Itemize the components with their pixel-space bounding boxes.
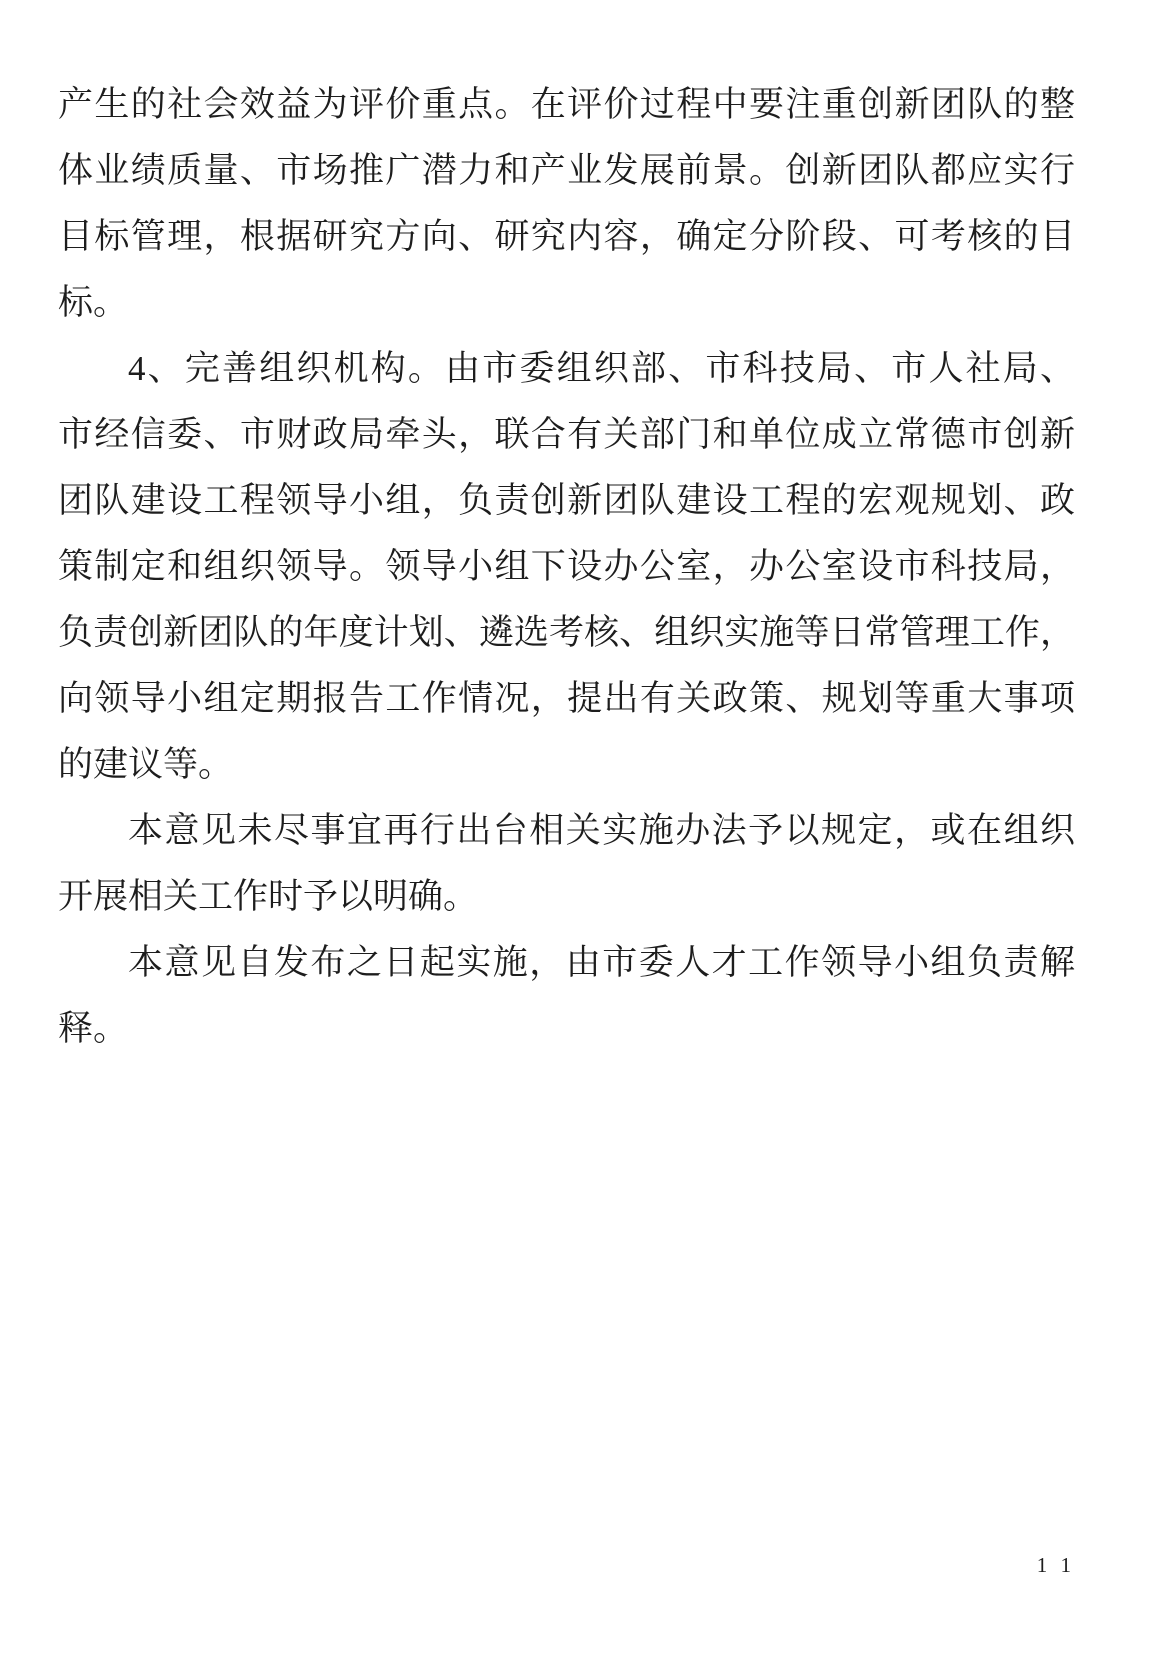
text-line: 市经信委、市财政局牵头，联合有关部门和单位成立常德市创新 xyxy=(58,402,1075,468)
text-line: 4、完善组织机构。由市委组织部、市科技局、市人社局、 xyxy=(58,336,1075,402)
text-line: 的建议等。 xyxy=(58,732,1075,798)
text-line: 标。 xyxy=(58,270,1075,336)
document-page: 产生的社会效益为评价重点。在评价过程中要注重创新团队的整 体业绩质量、市场推广潜… xyxy=(0,0,1149,1663)
text-line: 团队建设工程领导小组，负责创新团队建设工程的宏观规划、政 xyxy=(58,468,1075,534)
text-line: 开展相关工作时予以明确。 xyxy=(58,864,1075,930)
text-line: 本意见未尽事宜再行出台相关实施办法予以规定，或在组织 xyxy=(58,798,1075,864)
page-number: 11 xyxy=(1037,1550,1085,1580)
text-line: 向领导小组定期报告工作情况，提出有关政策、规划等重大事项 xyxy=(58,666,1075,732)
text-line: 体业绩质量、市场推广潜力和产业发展前景。创新团队都应实行 xyxy=(58,138,1075,204)
text-line: 产生的社会效益为评价重点。在评价过程中要注重创新团队的整 xyxy=(58,72,1075,138)
text-line: 释。 xyxy=(58,996,1075,1062)
text-line: 本意见自发布之日起实施，由市委人才工作领导小组负责解 xyxy=(58,930,1075,996)
text-line: 策制定和组织领导。领导小组下设办公室，办公室设市科技局， xyxy=(58,534,1075,600)
document-body: 产生的社会效益为评价重点。在评价过程中要注重创新团队的整 体业绩质量、市场推广潜… xyxy=(58,72,1075,1062)
text-line: 目标管理，根据研究方向、研究内容，确定分阶段、可考核的目 xyxy=(58,204,1075,270)
text-line: 负责创新团队的年度计划、遴选考核、组织实施等日常管理工作， xyxy=(58,600,1075,666)
